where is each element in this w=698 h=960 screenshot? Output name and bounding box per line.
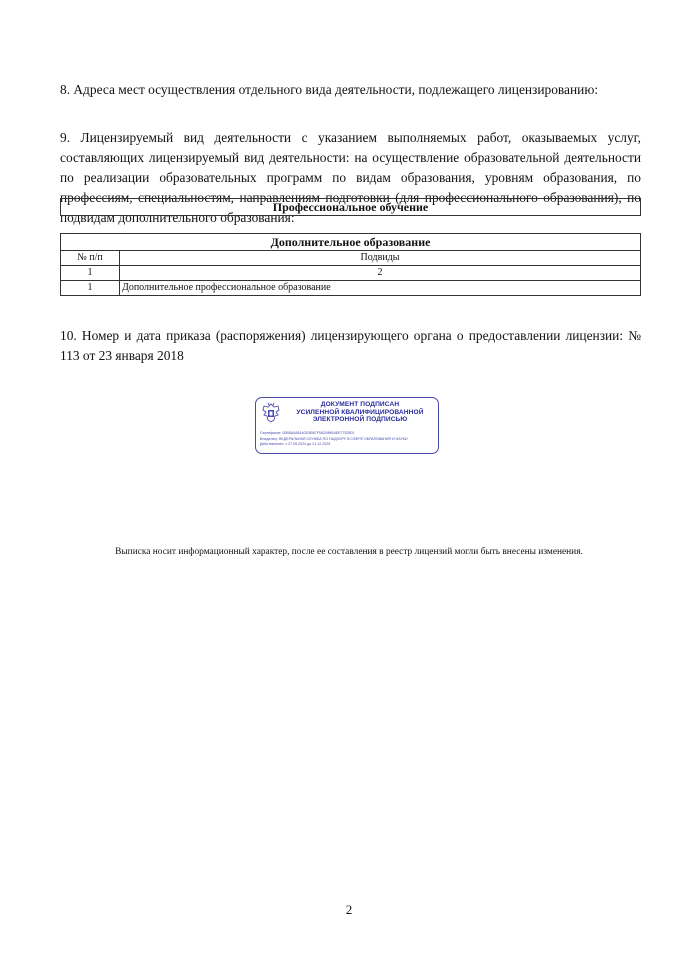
stamp-title-line-1: ДОКУМЕНТ ПОДПИСАН <box>282 401 438 409</box>
column-number-2: 2 <box>120 266 641 281</box>
column-number-1: 1 <box>61 266 120 281</box>
row-subtype: Дополнительное профессиональное образова… <box>120 281 641 296</box>
russian-coat-of-arms-icon <box>260 401 282 425</box>
stamp-title-line-3: ЭЛЕКТРОННОЙ ПОДПИСЬЮ <box>282 416 438 424</box>
table-additional-education: Дополнительное образование № п/п Подвиды… <box>60 233 641 296</box>
section-10-order-number-date: 10. Номер и дата приказа (распоряжения) … <box>60 326 641 366</box>
table-professional-title: Профессиональное обучение <box>61 199 641 216</box>
disclaimer-note: Выписка носит информационный характер, п… <box>0 546 698 558</box>
row-number: 1 <box>61 281 120 296</box>
electronic-signature-stamp: ДОКУМЕНТ ПОДПИСАН УСИЛЕННОЙ КВАЛИФИЦИРОВ… <box>255 397 439 454</box>
table-additional-title: Дополнительное образование <box>61 234 641 251</box>
stamp-owner: Владелец: ФЕДЕРАЛЬНАЯ СЛУЖБА ПО НАДЗОРУ … <box>260 437 407 442</box>
table-column-number-row: 1 2 <box>61 266 641 281</box>
table-row: 1 Дополнительное профессиональное образо… <box>61 281 641 296</box>
stamp-certificate: Сертификат: 00B5A0A814OE8067F0A2096B4EE7… <box>260 431 354 436</box>
table-professional-training: Профессиональное обучение <box>60 198 641 216</box>
page-number: 2 <box>0 902 698 918</box>
table-header-row: № п/п Подвиды <box>61 251 641 266</box>
section-8-addresses: 8. Адреса мест осуществления отдельного … <box>60 80 641 100</box>
stamp-title: ДОКУМЕНТ ПОДПИСАН УСИЛЕННОЙ КВАЛИФИЦИРОВ… <box>282 401 438 424</box>
column-header-number: № п/п <box>61 251 120 266</box>
column-header-subtypes: Подвиды <box>120 251 641 266</box>
stamp-validity: Действителен: с 27.09.2024 до 21.12.2025 <box>260 442 330 447</box>
